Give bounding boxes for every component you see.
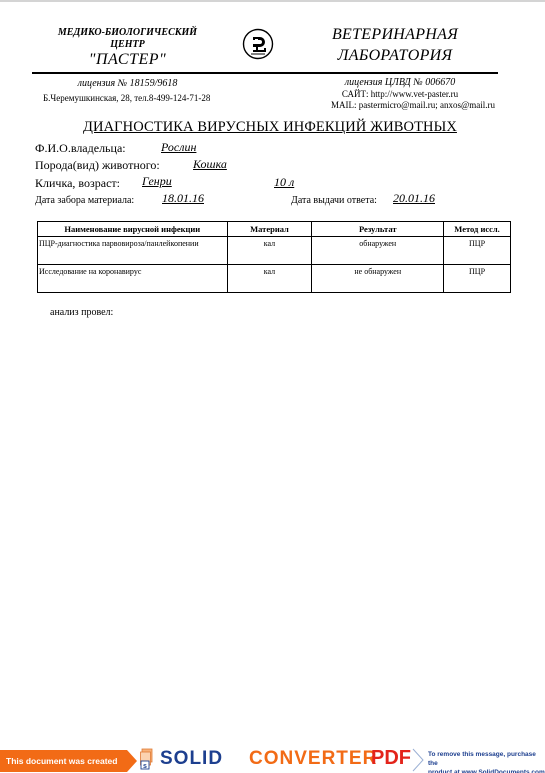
created-using-text: This document was created using	[0, 750, 127, 772]
remove-line-2: product at www.SolidDocuments.com	[428, 768, 545, 773]
orange-arrow-icon	[127, 750, 137, 772]
sample-date-label: Дата забора материала:	[35, 195, 134, 206]
table-header-row: Наименование вирусной инфекции Материал …	[38, 222, 511, 237]
org-name: "ПАСТЕР"	[40, 51, 215, 69]
answer-date-value: 20.01.16	[393, 191, 435, 206]
name-age-label: Кличка, возраст:	[35, 176, 120, 191]
lab-line-2: ЛАБОРАТОРИЯ	[320, 45, 470, 66]
analyst-label: анализ провел:	[50, 307, 113, 318]
org-line-2: ЦЕНТР	[40, 39, 215, 51]
website[interactable]: САЙТ: http://www.vet-paster.ru	[330, 89, 470, 99]
owner-label: Ф.И.О.владельца:	[35, 141, 126, 156]
pet-name-value: Генри	[142, 174, 172, 189]
cell-infection: ПЦР-диагностика парвовироза/панлейкопени…	[38, 237, 228, 265]
document-logo-icon: s	[140, 748, 153, 770]
breed-label: Порода(вид) животного:	[35, 158, 160, 173]
cell-method: ПЦР	[444, 237, 511, 265]
results-table: Наименование вирусной инфекции Материал …	[37, 221, 511, 293]
table-row: ПЦР-диагностика парвовироза/панлейкопени…	[38, 237, 511, 265]
table-row: Исследование на коронавирус кал не обнар…	[38, 265, 511, 293]
breed-value: Кошка	[193, 157, 227, 172]
svg-text:s: s	[143, 763, 147, 770]
col-result: Результат	[312, 222, 444, 237]
cell-infection: Исследование на коронавирус	[38, 265, 228, 293]
chevron-right-icon	[412, 748, 424, 772]
remove-line-1: To remove this message, purchase the	[428, 750, 545, 768]
microscope-emblem-icon	[242, 28, 274, 60]
org-line-1: МЕДИКО-БИОЛОГИЧЕСКИЙ	[40, 27, 215, 39]
page-top-border	[0, 0, 545, 2]
license-left: лицензия № 18159/9618	[40, 78, 215, 89]
license-right: лицензия ЦЛВД № 006670	[330, 77, 470, 88]
brand-pdf: PDF	[371, 747, 411, 770]
pet-age-value: 10 л	[274, 175, 294, 190]
col-material: Материал	[227, 222, 312, 237]
cell-method: ПЦР	[444, 265, 511, 293]
remove-message[interactable]: To remove this message, purchase the pro…	[428, 750, 545, 773]
cell-result: обнаружен	[312, 237, 444, 265]
document-title: ДИАГНОСТИКА ВИРУСНЫХ ИНФЕКЦИЙ ЖИВОТНЫХ	[20, 119, 520, 136]
address: Б.Черемушкинская, 28, тел.8-499-124-71-2…	[43, 93, 210, 103]
sample-date-value: 18.01.16	[162, 191, 204, 206]
cell-material: кал	[227, 265, 312, 293]
email[interactable]: MAIL: pastermicro@mail.ru; anxos@mail.ru	[325, 100, 495, 110]
org-type: МЕДИКО-БИОЛОГИЧЕСКИЙ ЦЕНТР	[40, 27, 215, 51]
col-method: Метод иссл.	[444, 222, 511, 237]
cell-material: кал	[227, 237, 312, 265]
converter-watermark-banner[interactable]: This document was created using s SOLID …	[0, 746, 545, 773]
lab-name: ВЕТЕРИНАРНАЯ ЛАБОРАТОРИЯ	[320, 24, 470, 66]
lab-line-1: ВЕТЕРИНАРНАЯ	[320, 24, 470, 45]
owner-value: Рослин	[161, 140, 196, 155]
cell-result: не обнаружен	[312, 265, 444, 293]
brand-solid: SOLID	[160, 748, 223, 770]
brand-converter: CONVERTER	[249, 748, 377, 770]
header-divider	[32, 72, 498, 74]
answer-date-label: Дата выдачи ответа:	[291, 195, 377, 206]
col-infection: Наименование вирусной инфекции	[38, 222, 228, 237]
